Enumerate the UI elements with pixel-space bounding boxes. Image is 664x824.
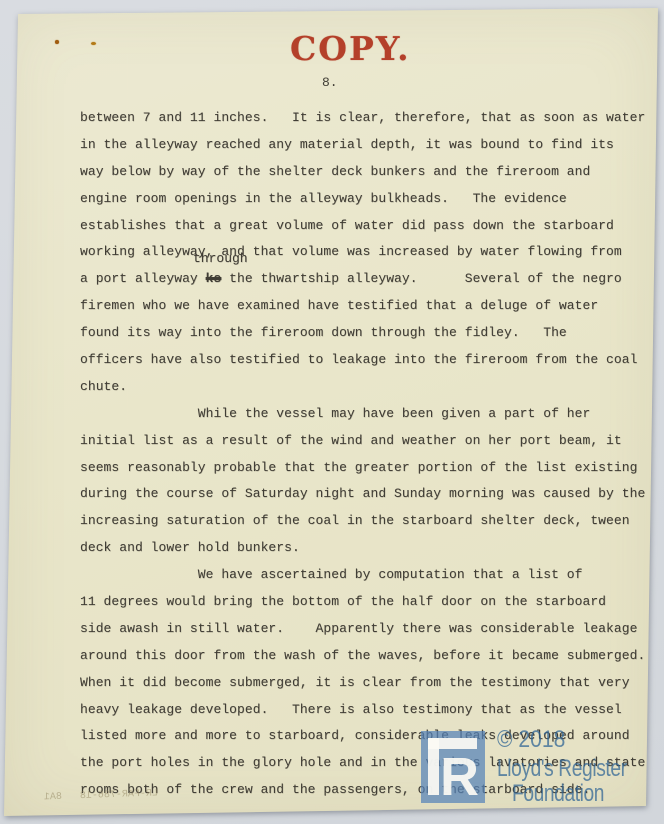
typed-line: seems reasonably probable that the great… — [80, 455, 645, 482]
typed-segment: a port alleyway — [80, 271, 206, 286]
typed-line: way below by way of the shelter deck bun… — [80, 159, 645, 186]
typed-line: around this door from the wash of the wa… — [80, 643, 645, 670]
lr-monogram-icon: R — [421, 731, 485, 803]
typed-line: While the vessel may have been given a p… — [80, 401, 645, 428]
typed-line: deck and lower hold bunkers. — [80, 535, 645, 562]
typed-text-block: between 7 and 11 inches. It is clear, th… — [80, 105, 645, 804]
lloyds-register-logo: R — [421, 731, 485, 803]
typed-line-with-correction: a port alleyway ks the thwartship alleyw… — [80, 266, 645, 293]
typed-line: 11 degrees would bring the bottom of the… — [80, 589, 645, 616]
typed-line: establishes that a great volume of water… — [80, 213, 645, 240]
typed-line: We have ascertained by computation that … — [80, 562, 645, 589]
typed-line: increasing saturation of the coal in the… — [80, 508, 645, 535]
typed-line: in the alleyway reached any material dep… — [80, 132, 645, 159]
typed-segment: the thwartship alleyway. Several of the … — [221, 271, 621, 286]
typed-line: engine room openings in the alleyway bul… — [80, 186, 645, 213]
typed-line: side awash in still water. Apparently th… — [80, 616, 645, 643]
typed-insertion-word: through — [193, 252, 248, 266]
struck-out-word: ks — [206, 271, 222, 286]
watermark-copyright: © 2018 — [497, 726, 565, 754]
typed-line: between 7 and 11 inches. It is clear, th… — [80, 105, 645, 132]
typed-line: chute. — [80, 374, 645, 401]
typed-line: found its way into the fireroom down thr… — [80, 320, 645, 347]
page-number: 8. — [322, 74, 338, 92]
typed-line: firemen who we have examined have testif… — [80, 293, 645, 320]
scanned-document: COPY. 8. between 7 and 11 inches. It is … — [0, 0, 664, 824]
typed-line: initial list as a result of the wind and… — [80, 428, 645, 455]
rust-mark — [55, 40, 59, 44]
watermark-org-name: Foundation — [512, 780, 604, 808]
watermark-org-name: Lloyd's Register — [497, 755, 627, 783]
logo-letter-r: R — [440, 747, 479, 803]
typed-line: during the course of Saturday night and … — [80, 481, 645, 508]
rust-mark — [91, 42, 96, 45]
typed-line: heavy leakage developed. There is also t… — [80, 697, 645, 724]
typed-line: officers have also testified to leakage … — [80, 347, 645, 374]
typed-line: working alleyway, and that volume was in… — [80, 239, 645, 266]
copy-stamp: COPY. — [290, 29, 411, 68]
typed-line: When it did become submerged, it is clea… — [80, 670, 645, 697]
